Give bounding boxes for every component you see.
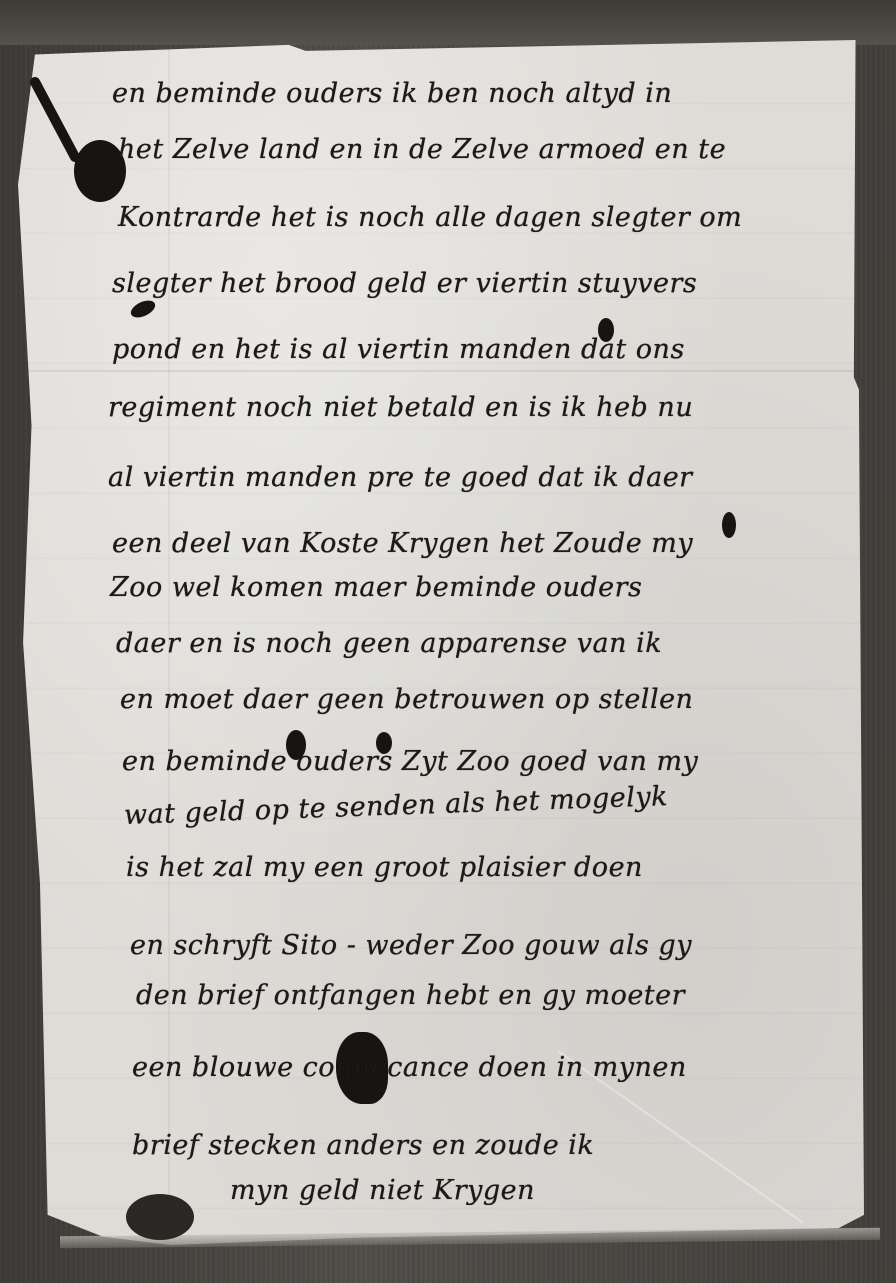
- letter-line: en moet daer geen betrouwen op stellen: [120, 684, 693, 715]
- letter-line: slegter het brood geld er viertin stuyve…: [112, 268, 697, 299]
- letter-line: myn geld niet Krygen: [230, 1175, 535, 1206]
- letter-line: regiment noch niet betald en is ik heb n…: [108, 392, 693, 423]
- letter-line: al viertin manden pre te goed dat ik dae…: [108, 462, 693, 493]
- letter-line: een deel van Koste Krygen het Zoude my: [112, 528, 693, 559]
- letter-line: en schryft Sito - weder Zoo gouw als gy: [130, 930, 692, 961]
- letter-line: pond en het is al viertin manden dat ons: [112, 334, 685, 365]
- letter-line: den brief ontfangen hebt en gy moeter: [136, 980, 685, 1011]
- letter-line: Zoo wel komen maer beminde ouders: [110, 572, 642, 603]
- letter-line: een blouwe connecance doen in mynen: [132, 1052, 687, 1083]
- letter-line: Kontrarde het is noch alle dagen slegter…: [118, 202, 742, 233]
- letter-line: wat geld op te senden als het mogelyk: [123, 781, 668, 831]
- letter-line: het Zelve land en in de Zelve armoed en …: [118, 134, 726, 165]
- letter-line: daer en is noch geen apparense van ik: [116, 628, 662, 659]
- letter-line: en beminde ouders ik ben noch altyd in: [112, 78, 672, 109]
- letter-line: en beminde ouders Zyt Zoo goed van my: [122, 746, 698, 777]
- letter-text: en beminde ouders ik ben noch altyd in h…: [0, 0, 896, 1283]
- letter-line: is het zal my een groot plaisier doen: [126, 852, 643, 883]
- letter-line: brief stecken anders en zoude ik: [132, 1130, 594, 1161]
